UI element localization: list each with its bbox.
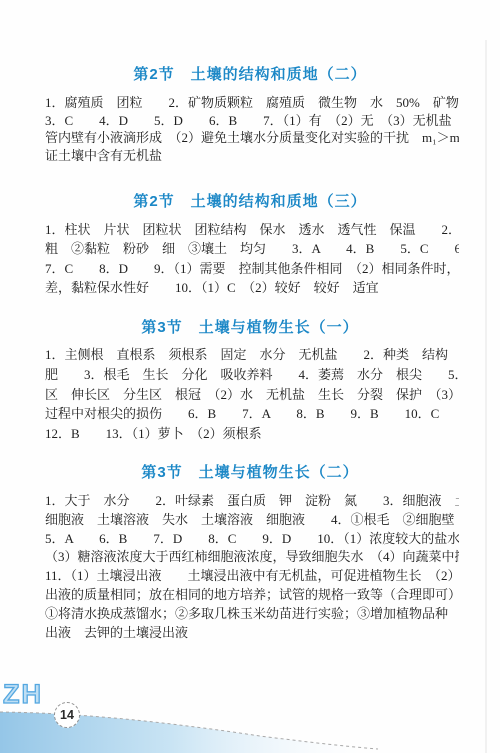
answer-line: 过程中对根尖的损伤 6．B 7．A 8．B 9．B 10．C 11．D <box>45 404 459 424</box>
section-heading-4: 第3节 土壤与植物生长（二） <box>0 461 500 482</box>
answer-line: 11．（1）土壤浸出液 土壤浸出液中有无机盐，可促进植物生长 （2）清水和土壤浸 <box>45 567 459 586</box>
answer-line: 管内壁有小液滴形成 （2）避免土壤水分质量变化对实验的干扰 m₁＞m₂ （3）验 <box>45 129 459 147</box>
section-answers-2: 1．柱状 片状 团粒状 团粒结构 保水 透水 透气性 保温 2．①砂土 粗 ②黏… <box>45 220 459 298</box>
section-heading-3: 第3节 土壤与植物生长（一） <box>0 316 500 337</box>
book-page: 第2节 土壤的结构和质地（二） 1．腐殖质 团粒 2．矿物质颗粒 腐殖质 微生物… <box>0 0 500 753</box>
answer-line: 出液 去钾的土壤浸出液 <box>45 624 459 643</box>
answer-line: 粗 ②黏粒 粉砂 细 ③壤土 均匀 3．A 4．B 5．C 6．B <box>45 239 459 258</box>
answer-line: 出液的质量相同；放在相同的地方培养；试管的规格一致等（合理即可） （3）需要。 <box>45 586 459 605</box>
section-heading-1: 第2节 土壤的结构和质地（二） <box>0 63 500 84</box>
answer-line: 1．大于 水分 2．叶绿素 蛋白质 钾 淀粉 氮 3．细胞液 土壤溶液 <box>45 492 459 511</box>
answer-line: 5．A 6．B 7．D 8．C 9．D 10．（1）浓度较大的盐水 （2）吸水 <box>45 530 459 549</box>
answer-line: 细胞液 土壤溶液 失水 土壤溶液 细胞液 4．①根毛 ②细胞壁 液泡 <box>45 511 459 530</box>
answer-line: ①将清水换成蒸馏水；②多取几株玉米幼苗进行实验；③增加植物品种 （4）土壤浸 <box>45 605 459 624</box>
section-answers-1: 1．腐殖质 团粒 2．矿物质颗粒 腐殖质 微生物 水 50% 矿物质颗粒 3．C… <box>45 94 459 164</box>
answer-line: 3．C 4．D 5．D 6．B 7．（1）有 （2）无 （3）无机盐 8．（1）… <box>45 112 459 130</box>
publisher-logo: ZH <box>3 679 43 710</box>
answer-line: 12．B 13．（1）萝卜 （2）须根系 <box>45 424 459 444</box>
answer-line: 证土壤中含有无机盐 <box>45 147 459 165</box>
page-edge-shade <box>485 40 487 753</box>
answer-line: 1．柱状 片状 团粒状 团粒结构 保水 透水 透气性 保温 2．①砂土 <box>45 220 459 239</box>
answer-line: 1．腐殖质 团粒 2．矿物质颗粒 腐殖质 微生物 水 50% 矿物质颗粒 <box>45 94 459 112</box>
section-answers-3: 1．主侧根 直根系 须根系 固定 水分 无机盐 2．种类 结构 控水 控 肥 3… <box>45 345 459 444</box>
section-heading-2: 第2节 土壤的结构和质地（三） <box>0 190 500 211</box>
answer-line: 肥 3．根毛 生长 分化 吸收养料 4．萎蔫 水分 根尖 5．（1）根毛 <box>45 365 459 385</box>
section-answers-4: 1．大于 水分 2．叶绿素 蛋白质 钾 淀粉 氮 3．细胞液 土壤溶液 细胞液 … <box>45 492 459 642</box>
answer-line: 7．C 8．D 9．（1）需要 控制其他条件相同 （2）相同条件时，砂粒保水性 <box>45 259 459 278</box>
answer-line: 差，黏粒保水性好 10．（1）C （2）较好 较好 适宜 <box>45 278 459 297</box>
answer-line: 区 伸长区 分生区 根冠 （2）水 无机盐 生长 分裂 保护 （3）减少种植 <box>45 385 459 405</box>
page-number-badge: 14 <box>54 702 80 728</box>
answer-line: 1．主侧根 直根系 须根系 固定 水分 无机盐 2．种类 结构 控水 控 <box>45 345 459 365</box>
answer-line: （3）糖溶液浓度大于西红柿细胞液浓度，导致细胞失水 （4）向蔬菜中撒适量的水 <box>45 548 459 567</box>
